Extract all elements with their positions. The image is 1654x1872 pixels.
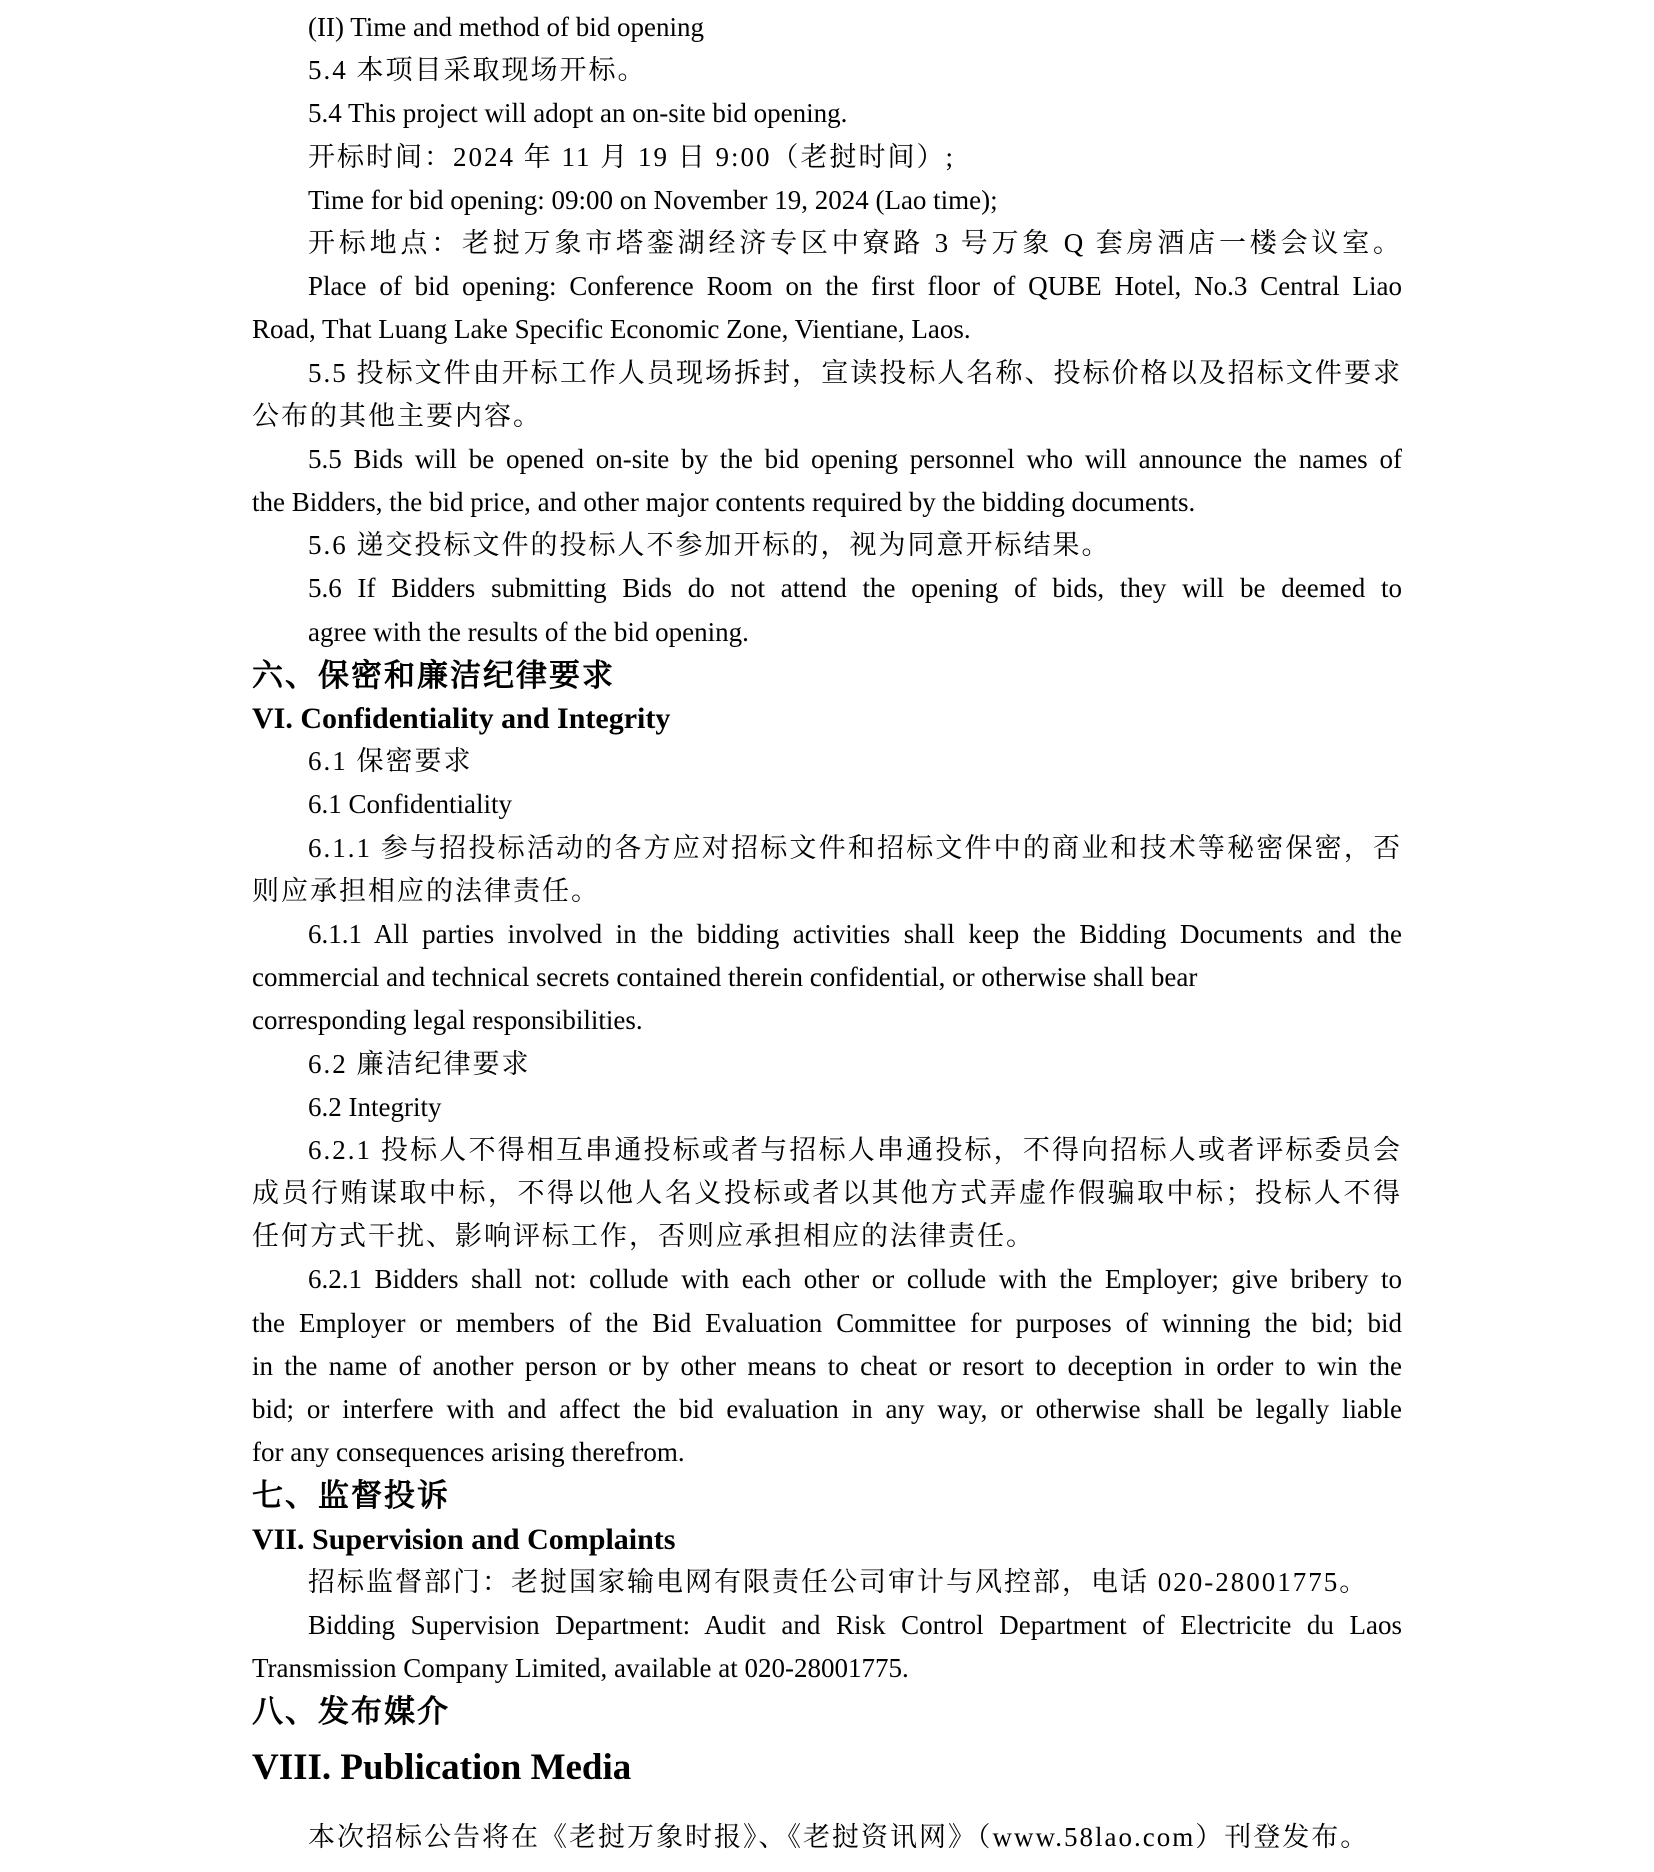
supervision-dept-cn: 招标监督部门：老挝国家输电网有限责任公司审计与风控部，电话 020-280017… xyxy=(252,1561,1402,1604)
bid-opening-time-cn: 开标时间：2024 年 11 月 19 日 9:00（老挝时间）; xyxy=(252,136,1402,179)
clause-5-5-en-1: 5.5 Bids will be opened on-site by the b… xyxy=(252,438,1402,481)
supervision-dept-en-2: Transmission Company Limited, available … xyxy=(252,1647,1402,1690)
clause-6-1-1-en-1: 6.1.1 All parties involved in the biddin… xyxy=(252,913,1402,956)
clause-6-2-cn: 6.2 廉洁纪律要求 xyxy=(252,1043,1402,1086)
clause-6-2-1-en-2: the Employer or members of the Bid Evalu… xyxy=(252,1302,1402,1345)
bid-opening-time-en: Time for bid opening: 09:00 on November … xyxy=(252,179,1402,222)
bid-opening-place-en-1: Place of bid opening: Conference Room on… xyxy=(252,265,1402,308)
clause-6-2-1-en-4: bid; or interfere with and affect the bi… xyxy=(252,1388,1402,1431)
bid-opening-place-en-2: Road, That Luang Lake Specific Economic … xyxy=(252,308,1402,351)
document-page: (II) Time and method of bid opening5.4 本… xyxy=(0,0,1654,1872)
clause-5-5-en-2: the Bidders, the bid price, and other ma… xyxy=(252,481,1402,524)
clause-6-1-1-en-2: commercial and technical secrets contain… xyxy=(252,956,1402,999)
clause-6-1-1-en-3: corresponding legal responsibilities. xyxy=(252,999,1402,1042)
clause-5-4-en: 5.4 This project will adopt an on-site b… xyxy=(252,92,1402,135)
clause-6-2-en: 6.2 Integrity xyxy=(252,1086,1402,1129)
clause-6-2-1-en-5: for any consequences arising therefrom. xyxy=(252,1431,1402,1474)
clause-5-6-cn: 5.6 递交投标文件的投标人不参加开标的，视为同意开标结果。 xyxy=(252,524,1402,567)
subheading-ii: (II) Time and method of bid opening xyxy=(252,6,1402,49)
clause-5-6-en-1: 5.6 If Bidders submitting Bids do not at… xyxy=(252,567,1402,610)
clause-6-2-1-cn-3: 任何方式干扰、影响评标工作，否则应承担相应的法律责任。 xyxy=(252,1215,1402,1258)
document-content: (II) Time and method of bid opening5.4 本… xyxy=(252,0,1402,1872)
clause-6-1-cn: 6.1 保密要求 xyxy=(252,740,1402,783)
section-heading-6-cn: 六、保密和廉洁纪律要求 xyxy=(252,654,1402,697)
clause-6-1-en: 6.1 Confidentiality xyxy=(252,783,1402,826)
bid-opening-place-cn: 开标地点：老挝万象市塔銮湖经济专区中寮路 3 号万象 Q 套房酒店一楼会议室。 xyxy=(252,222,1402,265)
supervision-dept-en-1: Bidding Supervision Department: Audit an… xyxy=(252,1604,1402,1647)
clause-5-5-cn-1: 5.5 投标文件由开标工作人员现场拆封，宣读投标人名称、投标价格以及招标文件要求 xyxy=(252,352,1402,395)
clause-5-5-cn-2: 公布的其他主要内容。 xyxy=(252,395,1402,438)
section-heading-6-en: VI. Confidentiality and Integrity xyxy=(252,697,1402,740)
clause-6-2-1-en-1: 6.2.1 Bidders shall not: collude with ea… xyxy=(252,1258,1402,1301)
clause-6-1-1-cn-1: 6.1.1 参与招投标活动的各方应对招标文件和招标文件中的商业和技术等秘密保密，… xyxy=(252,827,1402,870)
section-heading-8-cn: 八、发布媒介 xyxy=(252,1690,1402,1733)
section-heading-7-en: VII. Supervision and Complaints xyxy=(252,1518,1402,1561)
section-heading-8-en: VIII. Publication Media xyxy=(252,1734,1402,1802)
clause-5-4-cn: 5.4 本项目采取现场开标。 xyxy=(252,49,1402,92)
clause-6-2-1-en-3: in the name of another person or by othe… xyxy=(252,1345,1402,1388)
section-heading-7-cn: 七、监督投诉 xyxy=(252,1474,1402,1517)
clause-5-6-en-2: agree with the results of the bid openin… xyxy=(252,611,1402,654)
clause-6-2-1-cn-1: 6.2.1 投标人不得相互串通投标或者与招标人串通投标，不得向招标人或者评标委员… xyxy=(252,1129,1402,1172)
clause-6-2-1-cn-2: 成员行贿谋取中标，不得以他人名义投标或者以其他方式弄虚作假骗取中标；投标人不得以 xyxy=(252,1172,1402,1215)
clause-6-1-1-cn-2: 则应承担相应的法律责任。 xyxy=(252,870,1402,913)
publication-media-note: 本次招标公告将在《老挝万象时报》、《老挝资讯网》（www.58lao.com）刊… xyxy=(252,1802,1402,1872)
